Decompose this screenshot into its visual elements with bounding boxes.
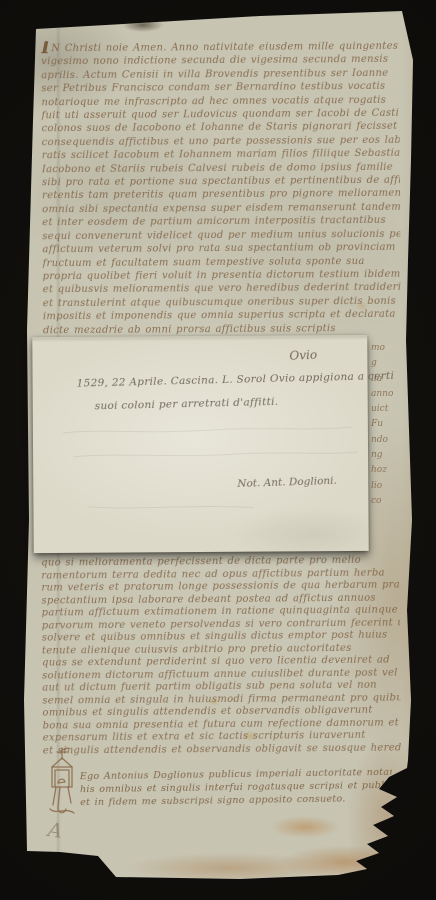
manuscript-line: et singulis attendendis et observandis o… bbox=[43, 742, 401, 758]
margin-fragment: mo bbox=[371, 341, 405, 356]
manuscript-lower-block: quo si melioramenta perfecissent de dict… bbox=[41, 554, 401, 759]
photo-background: IN Christi noie Amen. Anno nativitate ei… bbox=[0, 0, 436, 900]
manuscript-line-text: N Christi noie Amen. Anno nativitate eiu… bbox=[51, 41, 401, 55]
margin-fragment: co bbox=[371, 494, 405, 509]
archivist-note-slip: Ovio 1529, 22 Aprile. Cascina. L. Sorol … bbox=[32, 335, 368, 553]
manuscript-line: impositis et imponendis que omnia superi… bbox=[43, 308, 401, 324]
manuscript-upper-block: IN Christi noie Amen. Anno nativitate ei… bbox=[41, 39, 401, 337]
margin-fragment: ng bbox=[371, 448, 405, 463]
margin-fragment: hoz bbox=[371, 463, 405, 478]
notary-signum-icon bbox=[42, 745, 82, 829]
margin-fragment: Fu bbox=[371, 417, 405, 432]
margin-fragment: anno bbox=[371, 387, 405, 402]
margin-fragment: uict bbox=[371, 402, 405, 417]
manuscript-margin-fragments: mo g lla anno uict Fu ndo ng hoz lio co bbox=[371, 341, 405, 509]
pencil-mark: A bbox=[46, 817, 64, 843]
notary-subscription-block: Ego Antonius Doglionus publicus imperial… bbox=[80, 766, 393, 809]
bleed-through-marks bbox=[32, 335, 368, 553]
margin-fragment: ndo bbox=[371, 433, 405, 448]
margin-fragment: lio bbox=[371, 479, 405, 494]
note-heading: Ovio bbox=[289, 348, 317, 363]
